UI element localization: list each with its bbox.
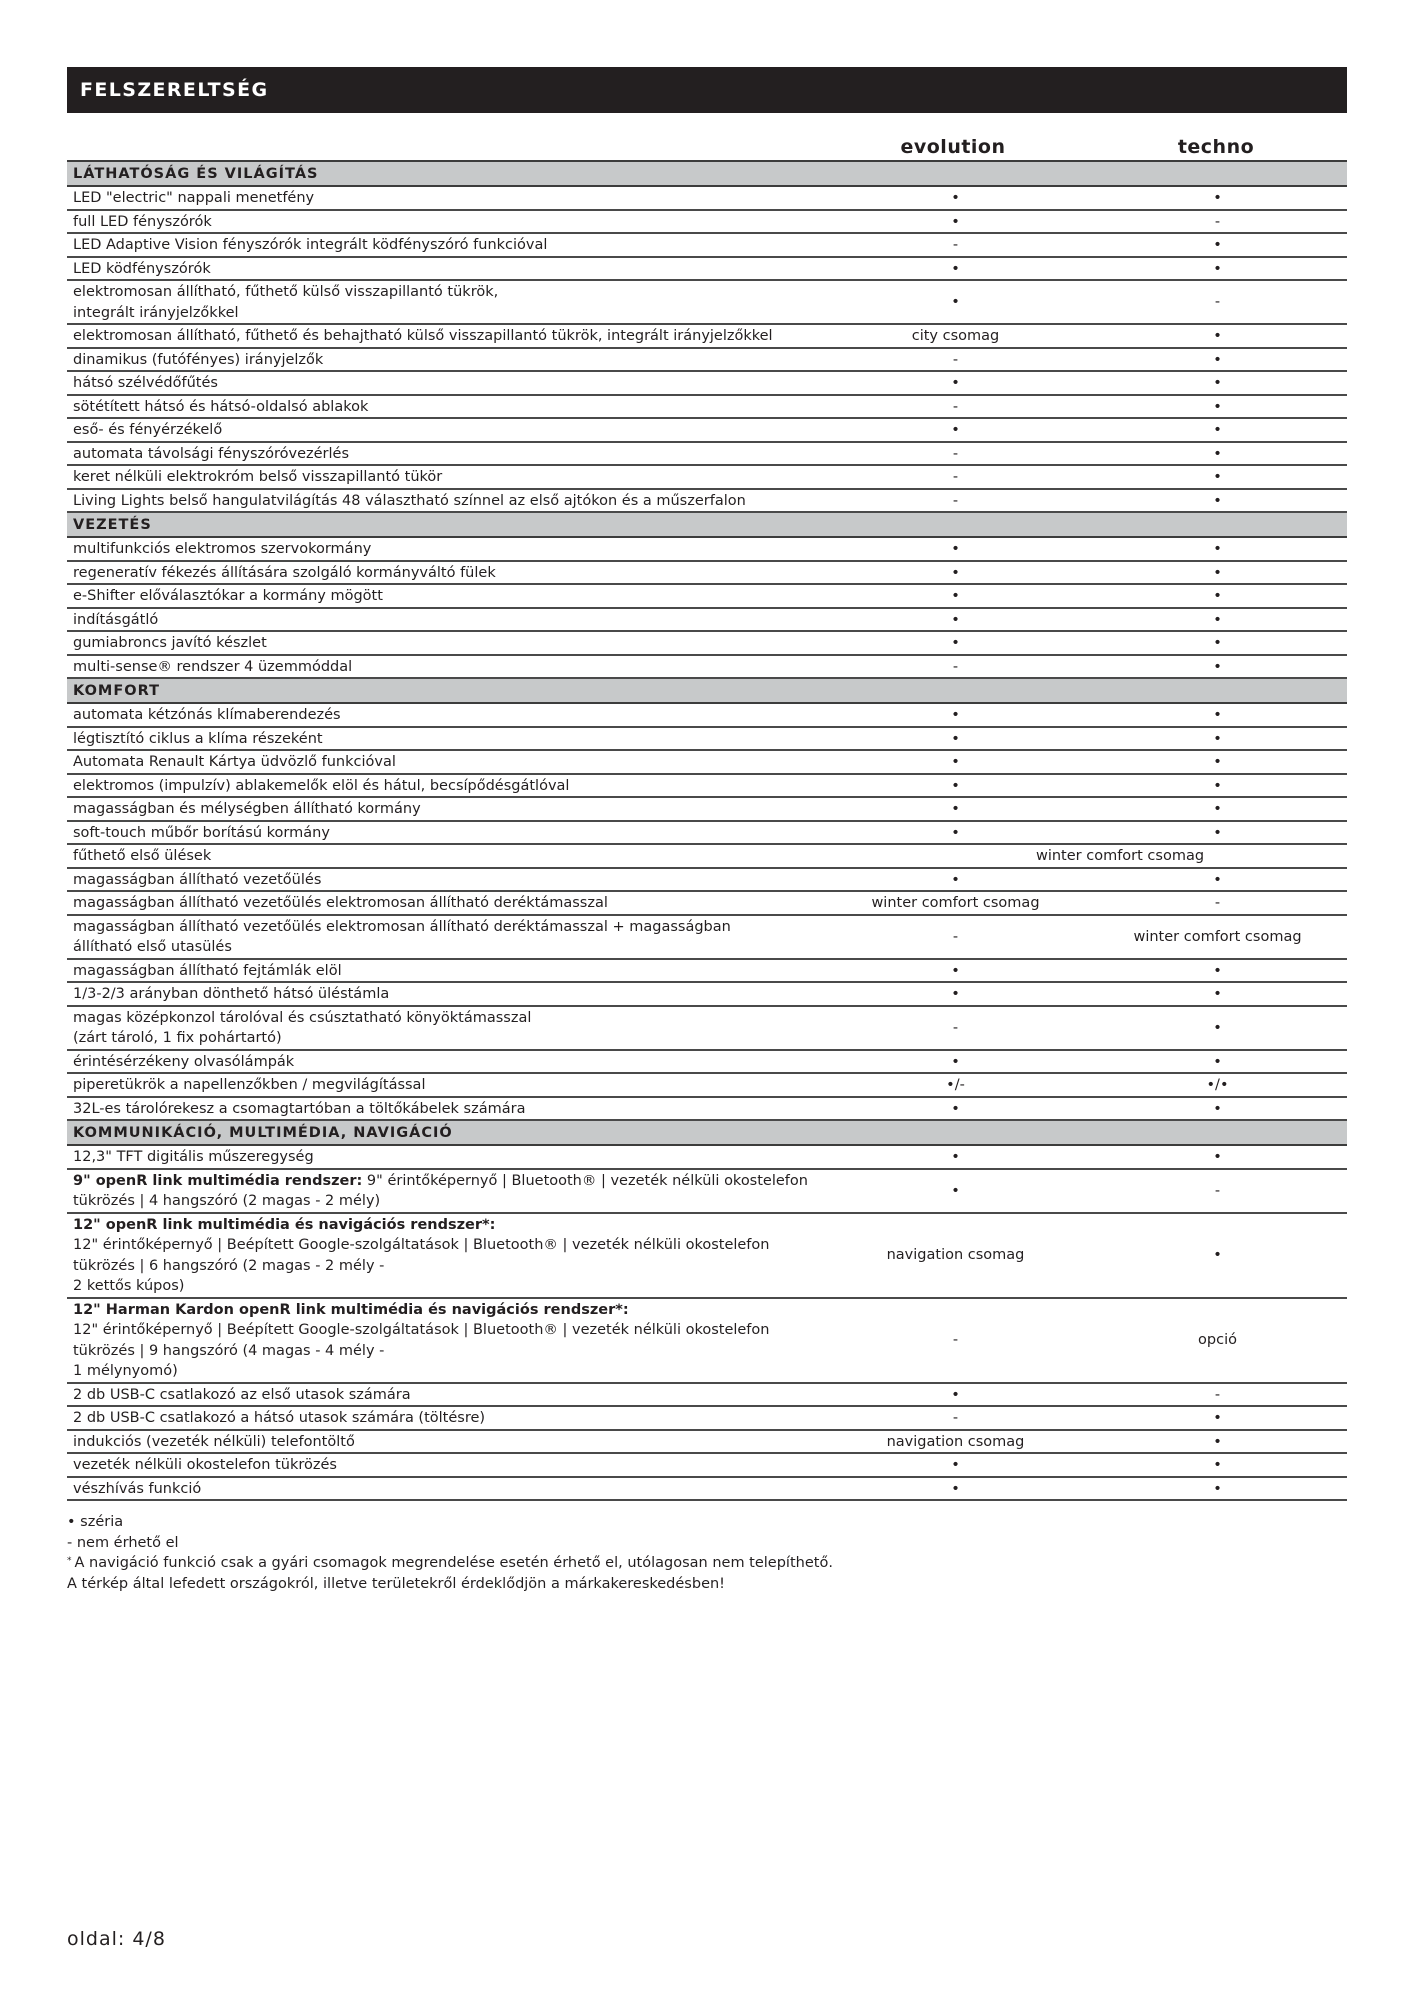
- value-evolution: •: [823, 371, 1088, 395]
- value-evolution: •: [823, 584, 1088, 608]
- value-techno: •: [1088, 631, 1347, 655]
- value-techno: •: [1088, 982, 1347, 1006]
- feature-text: LED ködfényszórók: [73, 261, 211, 277]
- feature-text: magasságban állítható vezetőülés: [73, 872, 321, 888]
- value-evolution: •: [823, 1050, 1088, 1074]
- title-bar: FELSZERELTSÉG: [67, 67, 1347, 113]
- feature-text: piperetükrök a napellenzőkben / megvilág…: [73, 1077, 425, 1093]
- value-evolution: -: [823, 1298, 1088, 1383]
- feature-cell: indukciós (vezeték nélküli) telefontöltő: [67, 1430, 823, 1454]
- table-row: magasságban és mélységben állítható korm…: [67, 797, 1347, 821]
- feature-cell: LED Adaptive Vision fényszórók integrált…: [67, 233, 823, 257]
- column-header-evolution: evolution: [900, 136, 1005, 158]
- feature-cell: 2 db USB-C csatlakozó az első utasok szá…: [67, 1383, 823, 1407]
- value-evolution: •: [823, 561, 1088, 585]
- feature-text: magasságban állítható fejtámlák elöl: [73, 963, 342, 979]
- section-header: KOMMUNIKÁCIÓ, MULTIMÉDIA, NAVIGÁCIÓ: [67, 1120, 1347, 1145]
- feature-cell: 1/3-2/3 arányban dönthető hátsó üléstáml…: [67, 982, 823, 1006]
- feature-text: 32L-es tárolórekesz a csomagtartóban a t…: [73, 1101, 525, 1117]
- feature-cell: vezeték nélküli okostelefon tükrözés: [67, 1453, 823, 1477]
- value-evolution: -: [823, 1406, 1088, 1430]
- feature-text: multi-sense® rendszer 4 üzemmóddal: [73, 659, 352, 675]
- feature-cell: gumiabroncs javító készlet: [67, 631, 823, 655]
- feature-text: 12" érintőképernyő | Beépített Google-sz…: [73, 1237, 769, 1294]
- table-row: indításgátló••: [67, 608, 1347, 632]
- feature-text: automata kétzónás klímaberendezés: [73, 707, 341, 723]
- feature-cell: Automata Renault Kártya üdvözlő funkcióv…: [67, 750, 823, 774]
- table-row: elektromos (impulzív) ablakemelők elöl é…: [67, 774, 1347, 798]
- equipment-page: FELSZERELTSÉG evolution techno LÁTHATÓSÁ…: [67, 67, 1347, 1594]
- table-row: 12" openR link multimédia és navigációs …: [67, 1213, 1347, 1298]
- value-techno: -: [1088, 280, 1347, 324]
- section-title: KOMMUNIKÁCIÓ, MULTIMÉDIA, NAVIGÁCIÓ: [67, 1120, 1347, 1145]
- feature-cell: érintésérzékeny olvasólámpák: [67, 1050, 823, 1074]
- feature-cell: LED ködfényszórók: [67, 257, 823, 281]
- table-row: fűthető első ülésekwinter comfort csomag: [67, 844, 1347, 868]
- table-row: gumiabroncs javító készlet••: [67, 631, 1347, 655]
- table-row: keret nélküli elektrokróm belső visszapi…: [67, 465, 1347, 489]
- table-row: hátsó szélvédőfűtés••: [67, 371, 1347, 395]
- value-evolution: •: [823, 959, 1088, 983]
- value-evolution: •: [823, 727, 1088, 751]
- feature-cell: automata távolsági fényszóróvezérlés: [67, 442, 823, 466]
- value-techno: •: [1088, 655, 1347, 679]
- feature-cell: hátsó szélvédőfűtés: [67, 371, 823, 395]
- legend-navigation-note: *A navigáció funkció csak a gyári csomag…: [67, 1553, 1347, 1574]
- value-evolution: •: [823, 1169, 1088, 1213]
- value-evolution: •: [823, 1097, 1088, 1121]
- section-header: LÁTHATÓSÁG ÉS VILÁGÍTÁS: [67, 161, 1347, 186]
- page-title: FELSZERELTSÉG: [80, 79, 269, 101]
- value-techno: •/•: [1088, 1073, 1347, 1097]
- legend-series: • széria: [67, 1512, 1347, 1533]
- section-title: VEZETÉS: [67, 512, 1347, 537]
- value-evolution: •: [823, 703, 1088, 727]
- column-headers: evolution techno: [67, 113, 1347, 160]
- table-row: soft-touch műbőr borítású kormány••: [67, 821, 1347, 845]
- value-evolution: •: [823, 1477, 1088, 1501]
- value-evolution: •: [823, 1145, 1088, 1169]
- value-evolution: -: [823, 348, 1088, 372]
- value-techno: •: [1088, 774, 1347, 798]
- value-techno: -: [1088, 1169, 1347, 1213]
- section-title: LÁTHATÓSÁG ÉS VILÁGÍTÁS: [67, 161, 1347, 186]
- table-row: LED Adaptive Vision fényszórók integrált…: [67, 233, 1347, 257]
- feature-text: vezeték nélküli okostelefon tükrözés: [73, 1457, 337, 1473]
- feature-text: 12" érintőképernyő | Beépített Google-sz…: [73, 1322, 769, 1379]
- table-row: vészhívás funkció••: [67, 1477, 1347, 1501]
- value-techno: •: [1088, 1050, 1347, 1074]
- feature-cell: e-Shifter előválasztókar a kormány mögöt…: [67, 584, 823, 608]
- value-techno: •: [1088, 1477, 1347, 1501]
- value-techno: •: [1088, 959, 1347, 983]
- value-evolution: •: [823, 821, 1088, 845]
- feature-text: érintésérzékeny olvasólámpák: [73, 1054, 294, 1070]
- table-row: 12" Harman Kardon openR link multimédia …: [67, 1298, 1347, 1383]
- feature-text: full LED fényszórók: [73, 214, 212, 230]
- table-row: 12,3" TFT digitális műszeregység••: [67, 1145, 1347, 1169]
- table-row: regeneratív fékezés állítására szolgáló …: [67, 561, 1347, 585]
- table-row: elektromosan állítható, fűthető külső vi…: [67, 280, 1347, 324]
- value-techno: •: [1088, 584, 1347, 608]
- feature-text: indukciós (vezeték nélküli) telefontöltő: [73, 1434, 355, 1450]
- feature-cell: elektromos (impulzív) ablakemelők elöl é…: [67, 774, 823, 798]
- feature-cell: 12,3" TFT digitális műszeregység: [67, 1145, 823, 1169]
- table-row: magas középkonzol tárolóval és csúsztath…: [67, 1006, 1347, 1050]
- value-techno: •: [1088, 608, 1347, 632]
- value-evolution: •: [823, 280, 1088, 324]
- feature-text: 2 db USB-C csatlakozó a hátsó utasok szá…: [73, 1410, 485, 1426]
- feature-title: 12" Harman Kardon openR link multimédia …: [73, 1302, 629, 1318]
- feature-text: e-Shifter előválasztókar a kormány mögöt…: [73, 588, 383, 604]
- legend-not-available: - nem érhető el: [67, 1533, 1347, 1554]
- value-techno: •: [1088, 797, 1347, 821]
- value-evolution: -: [823, 465, 1088, 489]
- column-header-techno: techno: [1178, 136, 1254, 158]
- feature-title: 9" openR link multimédia rendszer:: [73, 1173, 362, 1189]
- table-row: dinamikus (futófényes) irányjelzők-•: [67, 348, 1347, 372]
- feature-text: indításgátló: [73, 612, 158, 628]
- table-row: magasságban állítható vezetőülés elektro…: [67, 891, 1347, 915]
- feature-cell: 9" openR link multimédia rendszer: 9" ér…: [67, 1169, 823, 1213]
- value-evolution: •: [823, 868, 1088, 892]
- feature-text: regeneratív fékezés állítására szolgáló …: [73, 565, 496, 581]
- value-techno: •: [1088, 727, 1347, 751]
- feature-cell: full LED fényszórók: [67, 210, 823, 234]
- feature-cell: magasságban állítható vezetőülés: [67, 868, 823, 892]
- feature-text: magasságban állítható vezetőülés elektro…: [73, 919, 731, 956]
- feature-text: LED "electric" nappali menetfény: [73, 190, 314, 206]
- value-evolution: •: [823, 631, 1088, 655]
- table-row: multifunkciós elektromos szervokormány••: [67, 537, 1347, 561]
- feature-text: sötétített hátsó és hátsó-oldalsó ablako…: [73, 399, 368, 415]
- table-row: magasságban állítható fejtámlák elöl••: [67, 959, 1347, 983]
- feature-cell: eső- és fényérzékelő: [67, 418, 823, 442]
- table-row: 2 db USB-C csatlakozó az első utasok szá…: [67, 1383, 1347, 1407]
- value-evolution: navigation csomag: [823, 1213, 1088, 1298]
- feature-cell: dinamikus (futófényes) irányjelzők: [67, 348, 823, 372]
- feature-text: Automata Renault Kártya üdvözlő funkcióv…: [73, 754, 396, 770]
- value-techno: •: [1088, 750, 1347, 774]
- feature-text: vészhívás funkció: [73, 1481, 201, 1497]
- value-evolution: •: [823, 257, 1088, 281]
- value-techno: •: [1088, 868, 1347, 892]
- page-number: oldal: 4/8: [67, 1928, 166, 1950]
- table-row: piperetükrök a napellenzőkben / megvilág…: [67, 1073, 1347, 1097]
- table-row: 2 db USB-C csatlakozó a hátsó utasok szá…: [67, 1406, 1347, 1430]
- value-techno: •: [1088, 537, 1347, 561]
- value-both: winter comfort csomag: [823, 844, 1347, 868]
- feature-title: 12" openR link multimédia és navigációs …: [73, 1217, 495, 1233]
- table-row: e-Shifter előválasztókar a kormány mögöt…: [67, 584, 1347, 608]
- feature-cell: sötétített hátsó és hátsó-oldalsó ablako…: [67, 395, 823, 419]
- table-row: indukciós (vezeték nélküli) telefontöltő…: [67, 1430, 1347, 1454]
- table-row: Living Lights belső hangulatvilágítás 48…: [67, 489, 1347, 513]
- value-techno: •: [1088, 371, 1347, 395]
- feature-cell: indításgátló: [67, 608, 823, 632]
- table-row: automata távolsági fényszóróvezérlés-•: [67, 442, 1347, 466]
- value-techno: •: [1088, 442, 1347, 466]
- feature-text: légtisztító ciklus a klíma részeként: [73, 731, 323, 747]
- feature-text: soft-touch műbőr borítású kormány: [73, 825, 330, 841]
- value-techno: •: [1088, 395, 1347, 419]
- feature-text: 2 db USB-C csatlakozó az első utasok szá…: [73, 1387, 411, 1403]
- asterisk-mark: *: [67, 1556, 72, 1566]
- table-row: LED "electric" nappali menetfény••: [67, 186, 1347, 210]
- feature-text: magasságban állítható vezetőülés elektro…: [73, 895, 608, 911]
- value-techno: •: [1088, 1406, 1347, 1430]
- value-evolution: •/-: [823, 1073, 1088, 1097]
- value-techno: •: [1088, 1430, 1347, 1454]
- table-row: 32L-es tárolórekesz a csomagtartóban a t…: [67, 1097, 1347, 1121]
- section-header: KOMFORT: [67, 678, 1347, 703]
- value-techno: •: [1088, 1006, 1347, 1050]
- feature-text: elektromosan állítható, fűthető külső vi…: [73, 284, 498, 321]
- table-row: LED ködfényszórók••: [67, 257, 1347, 281]
- value-evolution: -: [823, 489, 1088, 513]
- value-evolution: •: [823, 418, 1088, 442]
- value-evolution: -: [823, 442, 1088, 466]
- value-techno: •: [1088, 489, 1347, 513]
- section-title: KOMFORT: [67, 678, 1347, 703]
- value-techno: •: [1088, 257, 1347, 281]
- feature-cell: 2 db USB-C csatlakozó a hátsó utasok szá…: [67, 1406, 823, 1430]
- value-techno: winter comfort csomag: [1088, 915, 1347, 959]
- feature-text: multifunkciós elektromos szervokormány: [73, 541, 371, 557]
- value-evolution: •: [823, 210, 1088, 234]
- value-techno: -: [1088, 1383, 1347, 1407]
- feature-text: hátsó szélvédőfűtés: [73, 375, 218, 391]
- feature-cell: elektromosan állítható, fűthető és behaj…: [67, 324, 823, 348]
- feature-cell: 12" openR link multimédia és navigációs …: [67, 1213, 823, 1298]
- table-row: magasságban állítható vezetőülés elektro…: [67, 915, 1347, 959]
- value-techno: •: [1088, 186, 1347, 210]
- value-evolution: •: [823, 537, 1088, 561]
- value-evolution: •: [823, 186, 1088, 210]
- value-techno: •: [1088, 1213, 1347, 1298]
- legend-map-note: A térkép által lefedett országokról, ill…: [67, 1574, 1347, 1595]
- value-evolution: -: [823, 1006, 1088, 1050]
- table-row: multi-sense® rendszer 4 üzemmóddal-•: [67, 655, 1347, 679]
- feature-text: 1/3-2/3 arányban dönthető hátsó üléstáml…: [73, 986, 389, 1002]
- value-evolution: winter comfort csomag: [823, 891, 1088, 915]
- feature-text: gumiabroncs javító készlet: [73, 635, 267, 651]
- feature-cell: magasságban állítható vezetőülés elektro…: [67, 915, 823, 959]
- value-techno: •: [1088, 348, 1347, 372]
- feature-cell: multifunkciós elektromos szervokormány: [67, 537, 823, 561]
- feature-text: magasságban és mélységben állítható korm…: [73, 801, 421, 817]
- feature-cell: magasságban állítható fejtámlák elöl: [67, 959, 823, 983]
- feature-cell: regeneratív fékezés állítására szolgáló …: [67, 561, 823, 585]
- table-row: magasságban állítható vezetőülés••: [67, 868, 1347, 892]
- table-row: érintésérzékeny olvasólámpák••: [67, 1050, 1347, 1074]
- value-techno: opció: [1088, 1298, 1347, 1383]
- value-techno: -: [1088, 210, 1347, 234]
- feature-cell: magasságban és mélységben állítható korm…: [67, 797, 823, 821]
- value-evolution: -: [823, 915, 1088, 959]
- value-evolution: •: [823, 1453, 1088, 1477]
- feature-cell: magas középkonzol tárolóval és csúsztath…: [67, 1006, 823, 1050]
- feature-text: Living Lights belső hangulatvilágítás 48…: [73, 493, 746, 509]
- feature-text: automata távolsági fényszóróvezérlés: [73, 446, 349, 462]
- value-techno: •: [1088, 1453, 1347, 1477]
- feature-text: dinamikus (futófényes) irányjelzők: [73, 352, 323, 368]
- value-evolution: navigation csomag: [823, 1430, 1088, 1454]
- value-techno: •: [1088, 703, 1347, 727]
- value-evolution: •: [823, 797, 1088, 821]
- value-evolution: •: [823, 750, 1088, 774]
- table-row: sötétített hátsó és hátsó-oldalsó ablako…: [67, 395, 1347, 419]
- table-row: légtisztító ciklus a klíma részeként••: [67, 727, 1347, 751]
- table-row: 9" openR link multimédia rendszer: 9" ér…: [67, 1169, 1347, 1213]
- feature-cell: soft-touch műbőr borítású kormány: [67, 821, 823, 845]
- feature-cell: 32L-es tárolórekesz a csomagtartóban a t…: [67, 1097, 823, 1121]
- equipment-table: LÁTHATÓSÁG ÉS VILÁGÍTÁSLED "electric" na…: [67, 160, 1347, 1501]
- value-techno: •: [1088, 418, 1347, 442]
- feature-cell: keret nélküli elektrokróm belső visszapi…: [67, 465, 823, 489]
- table-row: full LED fényszórók•-: [67, 210, 1347, 234]
- value-techno: -: [1088, 891, 1347, 915]
- value-evolution: •: [823, 982, 1088, 1006]
- value-evolution: -: [823, 655, 1088, 679]
- feature-cell: magasságban állítható vezetőülés elektro…: [67, 891, 823, 915]
- legend: • széria - nem érhető el *A navigáció fu…: [67, 1512, 1347, 1594]
- feature-cell: légtisztító ciklus a klíma részeként: [67, 727, 823, 751]
- feature-text: keret nélküli elektrokróm belső visszapi…: [73, 469, 442, 485]
- feature-cell: 12" Harman Kardon openR link multimédia …: [67, 1298, 823, 1383]
- table-row: Automata Renault Kártya üdvözlő funkcióv…: [67, 750, 1347, 774]
- value-evolution: •: [823, 1383, 1088, 1407]
- value-techno: •: [1088, 465, 1347, 489]
- value-techno: •: [1088, 1097, 1347, 1121]
- feature-text: 12,3" TFT digitális műszeregység: [73, 1149, 314, 1165]
- value-techno: •: [1088, 821, 1347, 845]
- table-row: eső- és fényérzékelő••: [67, 418, 1347, 442]
- feature-text: eső- és fényérzékelő: [73, 422, 222, 438]
- feature-cell: Living Lights belső hangulatvilágítás 48…: [67, 489, 823, 513]
- feature-cell: elektromosan állítható, fűthető külső vi…: [67, 280, 823, 324]
- feature-cell: LED "electric" nappali menetfény: [67, 186, 823, 210]
- value-evolution: -: [823, 233, 1088, 257]
- section-header: VEZETÉS: [67, 512, 1347, 537]
- table-row: elektromosan állítható, fűthető és behaj…: [67, 324, 1347, 348]
- value-evolution: city csomag: [823, 324, 1088, 348]
- value-techno: •: [1088, 1145, 1347, 1169]
- value-evolution: •: [823, 608, 1088, 632]
- feature-cell: automata kétzónás klímaberendezés: [67, 703, 823, 727]
- value-techno: •: [1088, 324, 1347, 348]
- feature-text: LED Adaptive Vision fényszórók integrált…: [73, 237, 547, 253]
- value-techno: •: [1088, 561, 1347, 585]
- feature-text: elektromos (impulzív) ablakemelők elöl é…: [73, 778, 569, 794]
- feature-text: fűthető első ülések: [73, 848, 211, 864]
- table-row: vezeték nélküli okostelefon tükrözés••: [67, 1453, 1347, 1477]
- feature-cell: multi-sense® rendszer 4 üzemmóddal: [67, 655, 823, 679]
- feature-cell: vészhívás funkció: [67, 1477, 823, 1501]
- table-row: automata kétzónás klímaberendezés••: [67, 703, 1347, 727]
- feature-text: magas középkonzol tárolóval és csúsztath…: [73, 1010, 531, 1047]
- feature-cell: piperetükrök a napellenzőkben / megvilág…: [67, 1073, 823, 1097]
- value-techno: •: [1088, 233, 1347, 257]
- value-evolution: -: [823, 395, 1088, 419]
- value-evolution: •: [823, 774, 1088, 798]
- feature-cell: fűthető első ülések: [67, 844, 823, 868]
- feature-text: elektromosan állítható, fűthető és behaj…: [73, 328, 773, 344]
- table-row: 1/3-2/3 arányban dönthető hátsó üléstáml…: [67, 982, 1347, 1006]
